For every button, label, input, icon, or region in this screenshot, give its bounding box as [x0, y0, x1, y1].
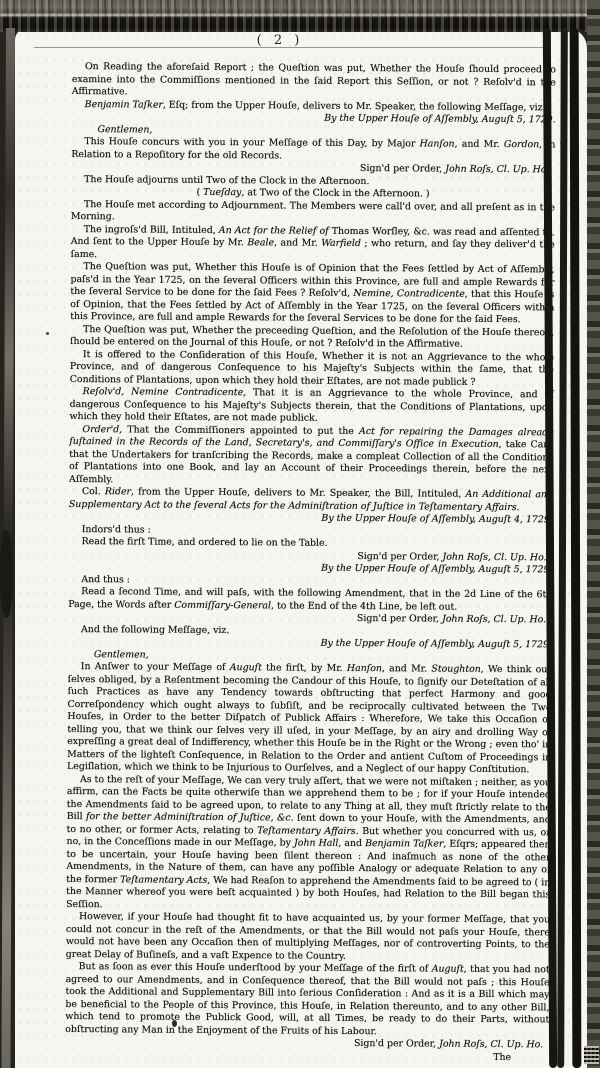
document-text: On Reading the aforeſaid Report ; the Qu… — [65, 61, 556, 1064]
paragraph: It is offered to the Conſideration of th… — [70, 348, 554, 389]
paragraph: The Queſtion was put, Whether the precee… — [70, 323, 554, 351]
page-number: ( 2 ) — [0, 33, 560, 48]
binding-shadow-stripes — [544, 28, 590, 1068]
scan-speck — [46, 332, 49, 335]
paragraph: Order'd, That the Commiſſioners appointe… — [69, 423, 553, 489]
paragraph: Read a ſecond Time, and will paſs, with … — [68, 586, 552, 614]
paragraph: The ingroſs'd Bill, Intituled, An Act fo… — [71, 223, 555, 264]
paragraph: This Houſe concurs with you in your Meſſ… — [71, 136, 555, 164]
scan-border-top — [0, 0, 600, 32]
paragraph: Reſolv'd, Nemine Contradicente, That it … — [69, 386, 553, 427]
paragraph: However, if your Houſe had thought fit t… — [66, 911, 550, 964]
paragraph: Col. Rider, from the Upper Houſe, delive… — [69, 486, 553, 514]
paragraph: As to the reſt of your Meſſage, We can v… — [66, 773, 551, 914]
paragraph: The Queſtion was put, Whether this Houſe… — [70, 261, 554, 327]
binding-stripe — [557, 28, 568, 1068]
paragraph: In Anſwer to your Meſſage of Auguſt the … — [67, 661, 552, 777]
corner-scan-mark — [584, 1046, 599, 1064]
binding-stripe — [570, 28, 582, 1068]
scanned-document-page: { "page": { "number": "( 2 )" }, "docume… — [0, 0, 600, 1068]
paragraph: The Houſe met according to Adjournment. … — [71, 198, 555, 226]
paragraph: On Reading the aforeſaid Report ; the Qu… — [72, 61, 556, 102]
binding-stripe — [543, 28, 557, 1068]
ink-blot — [0, 530, 13, 618]
paragraph: But as ſoon as ever this Houſe underſtoo… — [65, 961, 550, 1039]
